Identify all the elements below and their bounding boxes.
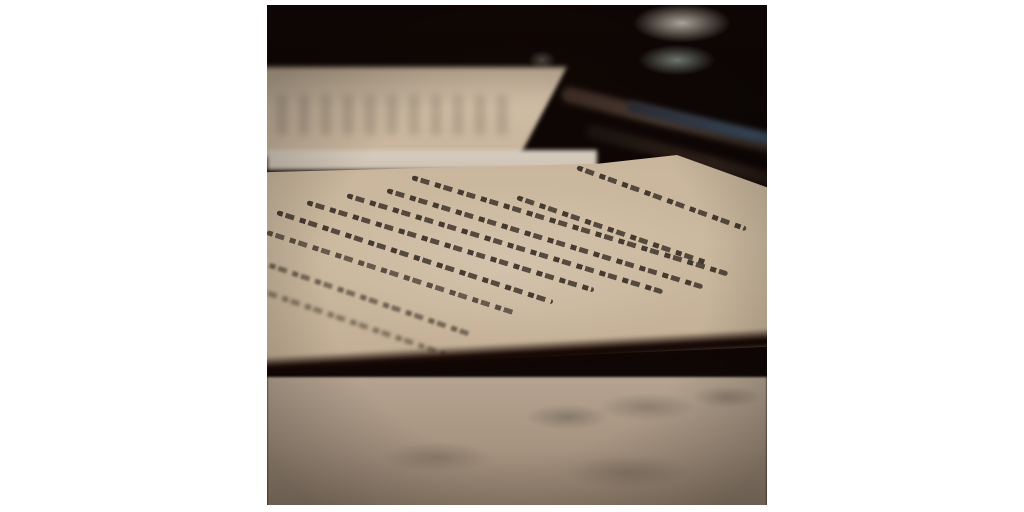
handwriting-line bbox=[306, 200, 594, 292]
handwriting-lines bbox=[267, 155, 767, 355]
handwriting-line bbox=[276, 210, 553, 304]
handwriting-line bbox=[576, 165, 747, 231]
lower-letter-sheet bbox=[267, 377, 767, 505]
handwritten-letters-photo: Close-up photograph of old handwritten l… bbox=[267, 5, 767, 505]
back-letter-writing bbox=[277, 95, 507, 135]
page-canvas: Close-up photograph of old handwritten l… bbox=[0, 0, 1024, 512]
